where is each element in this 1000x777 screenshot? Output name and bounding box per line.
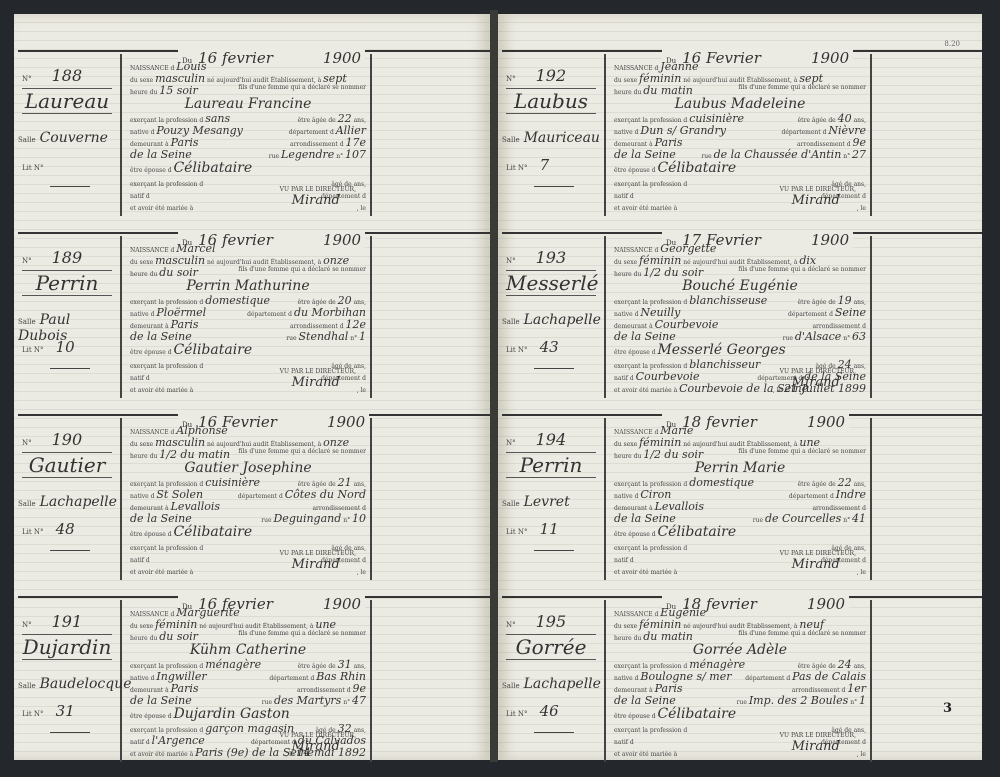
director-signature: VU PAR LE DIRECTEUR,Mirand <box>780 368 856 390</box>
row-mother: Laureau Francine <box>130 96 366 108</box>
row-mother: Gautier Josephine <box>130 460 366 472</box>
row-spouse: être épouse d Dujardin Gaston <box>130 706 366 718</box>
row-spouse: être épouse d Célibataire <box>130 160 366 172</box>
entry-form: NAISSANCE d Georgette du sexe féminin né… <box>610 236 872 398</box>
row-hour: heure du du soirfils d'une femme qui a d… <box>130 630 366 642</box>
entry-index-column: N°188 Laureau SalleCouverne Lit N° <box>14 54 122 216</box>
entry-bed: Lit N°46 <box>506 702 559 720</box>
entry-ward: SalleBaudelocque <box>18 676 132 692</box>
row-hour: heure du 1/2 du soirfils d'une femme qui… <box>614 448 866 460</box>
row-street: de la Seinerue des Martyrs n° 47 <box>130 694 366 706</box>
entry-surname: Dujardin <box>22 634 112 660</box>
entry-bed: Lit N°7 <box>506 156 549 174</box>
register-entry: Du16 Fevrier1900 N°190 Gautier SalleLach… <box>14 398 490 580</box>
divider <box>50 186 90 187</box>
entry-surname: Laubus <box>506 88 596 114</box>
entry-number: N°189 <box>22 248 82 267</box>
row-birth: NAISSANCE d Louis <box>130 60 366 72</box>
row-spouse: être épouse d Célibataire <box>614 706 866 718</box>
row-sex: du sexe féminin né aujourd'hui audit Éta… <box>614 436 866 448</box>
entry-date-line: Du17 Fevrier1900 <box>502 232 982 234</box>
row-street: de la Seinerue Deguingand n° 10 <box>130 512 366 524</box>
entry-index-column: N°195 Gorrée SalleLachapelle Lit N°46 <box>498 600 606 762</box>
entry-surname: Perrin <box>506 452 596 478</box>
row-mother: Kühm Catherine <box>130 642 366 654</box>
row-residence: demeurant à Levalloisarrondissement d <box>614 500 866 512</box>
row-profession: exerçant la profession d domestiqueêtre … <box>130 294 366 306</box>
row-birth: NAISSANCE d Georgette <box>614 242 866 254</box>
row-sex: du sexe masculin né aujourd'hui audit Ét… <box>130 72 366 84</box>
book-gutter <box>490 10 498 762</box>
row-street: de la Seinerue Stendhal n° 1 <box>130 330 366 342</box>
row-native: native d Neuillydépartement d Seine <box>614 306 866 318</box>
row-profession: exerçant la profession d domestiqueêtre … <box>614 476 866 488</box>
row-mother: Perrin Mathurine <box>130 278 366 290</box>
director-signature: VU PAR LE DIRECTEUR,Mirand <box>280 550 356 572</box>
divider <box>50 368 90 369</box>
row-hour: heure du du soirfils d'une femme qui a d… <box>130 266 366 278</box>
row-native: native d Ploërmeldépartement d du Morbih… <box>130 306 366 318</box>
row-street: de la Seinerue de la Chaussée d'Antin n°… <box>614 148 866 160</box>
row-hour: heure du 1/2 du matinfils d'une femme qu… <box>130 448 366 460</box>
row-profession: exerçant la profession d cuisinièreêtre … <box>130 476 366 488</box>
row-birth: NAISSANCE d Alphonse <box>130 424 366 436</box>
row-mother: Gorrée Adèle <box>614 642 866 654</box>
entry-date-line: Du16 Fevrier1900 <box>18 414 490 416</box>
entry-number: N°195 <box>506 612 566 631</box>
row-hour: heure du 1/2 du soirfils d'une femme qui… <box>614 266 866 278</box>
entry-ward: SalleLachapelle <box>502 676 601 692</box>
row-spouse: être épouse d Messerlé Georges <box>614 342 866 354</box>
row-native: native d Boulogne s/ merdépartement d Pa… <box>614 670 866 682</box>
entry-index-column: N°192 Laubus SalleMauriceau Lit N°7 <box>498 54 606 216</box>
entry-index-column: N°194 Perrin SalleLevret Lit N°11 <box>498 418 606 580</box>
row-mother: Perrin Marie <box>614 460 866 472</box>
row-residence: demeurant à Parisarrondissement d 1er <box>614 682 866 694</box>
entry-ward: SalleCouverne <box>18 130 108 146</box>
row-birth: NAISSANCE d Marie <box>614 424 866 436</box>
entry-bed: Lit N°31 <box>22 702 75 720</box>
entry-number: N°192 <box>506 66 566 85</box>
divider <box>534 368 574 369</box>
director-signature: VU PAR LE DIRECTEUR,Mirand <box>280 186 356 208</box>
entry-index-column: N°191 Dujardin SalleBaudelocque Lit N°31 <box>14 600 122 762</box>
register-entry: Du18 fevrier1900 N°195 Gorrée SalleLacha… <box>498 580 982 762</box>
row-residence: demeurant à Courbevoiearrondissement d <box>614 318 866 330</box>
row-spouse: être épouse d Célibataire <box>130 342 366 354</box>
director-signature: VU PAR LE DIRECTEUR,Mirand <box>280 368 356 390</box>
row-residence: demeurant à Parisarrondissement d 9e <box>614 136 866 148</box>
row-spouse: être épouse d Célibataire <box>130 524 366 536</box>
register-entry: Du18 fevrier1900 N°194 Perrin SalleLevre… <box>498 398 982 580</box>
row-sex: du sexe masculin né aujourd'hui audit Ét… <box>130 254 366 266</box>
entry-surname: Gorrée <box>506 634 596 660</box>
entry-date-line: Du18 fevrier1900 <box>502 414 982 416</box>
entry-number: N°191 <box>22 612 82 631</box>
row-native: native d Pouzy Mesangydépartement d Alli… <box>130 124 366 136</box>
row-hour: heure du du matinfils d'une femme qui a … <box>614 630 866 642</box>
entry-surname: Perrin <box>22 270 112 296</box>
row-native: native d Dun s/ Grandrydépartement d Niè… <box>614 124 866 136</box>
row-residence: demeurant à Parisarrondissement d 12e <box>130 318 366 330</box>
row-spouse: être épouse d Célibataire <box>614 524 866 536</box>
register-entry: Du16 fevrier1900 N°191 Dujardin SalleBau… <box>14 580 490 762</box>
divider <box>50 732 90 733</box>
register-entry: Du17 Fevrier1900 N°193 Messerlé SalleLac… <box>498 216 982 398</box>
entry-number: N°193 <box>506 248 566 267</box>
entry-number: N°194 <box>506 430 566 449</box>
entry-form: NAISSANCE d Eugénie du sexe féminin né a… <box>610 600 872 762</box>
entry-date-line: Du16 fevrier1900 <box>18 232 490 234</box>
entry-ward: SalleLevret <box>502 494 570 510</box>
row-profession: exerçant la profession d blanchisseuseêt… <box>614 294 866 306</box>
row-profession: exerçant la profession d sansêtre âgée d… <box>130 112 366 124</box>
entry-form: NAISSANCE d Jeanne du sexe féminin né au… <box>610 54 872 216</box>
entry-form: NAISSANCE d Louis du sexe masculin né au… <box>126 54 372 216</box>
entry-form: NAISSANCE d Marguerite du sexe féminin n… <box>126 600 372 762</box>
entry-number: N°190 <box>22 430 82 449</box>
entry-date-line: Du16 fevrier1900 <box>18 596 490 598</box>
row-street: de la Seinerue Legendre n° 107 <box>130 148 366 160</box>
row-profession: exerçant la profession d cuisinièreêtre … <box>614 112 866 124</box>
entry-bed: Lit N°43 <box>506 338 559 356</box>
entry-bed: Lit N° <box>22 156 56 174</box>
row-street: de la Seinerue Imp. des 2 Boules n° 1 <box>614 694 866 706</box>
entry-number: N°188 <box>22 66 82 85</box>
row-residence: demeurant à Levalloisarrondissement d <box>130 500 366 512</box>
row-spouse: être épouse d Célibataire <box>614 160 866 172</box>
row-native: native d St Solendépartement d Côtes du … <box>130 488 366 500</box>
row-sex: du sexe féminin né aujourd'hui audit Éta… <box>614 618 866 630</box>
row-profession: exerçant la profession d ménagèreêtre âg… <box>130 658 366 670</box>
row-sex: du sexe masculin né aujourd'hui audit Ét… <box>130 436 366 448</box>
director-signature: VU PAR LE DIRECTEUR,Mirand <box>780 186 856 208</box>
row-birth: NAISSANCE d Eugénie <box>614 606 866 618</box>
row-mother: Bouché Eugénie <box>614 278 866 290</box>
entry-form: NAISSANCE d Alphonse du sexe masculin né… <box>126 418 372 580</box>
entry-index-column: N°193 Messerlé SalleLachapelle Lit N°43 <box>498 236 606 398</box>
entry-date-line: Du16 fevrier1900 <box>18 50 490 52</box>
register-entry: Du16 fevrier1900 N°189 Perrin SallePaul … <box>14 216 490 398</box>
row-hour: heure du 15 soirfils d'une femme qui a d… <box>130 84 366 96</box>
row-sex: du sexe féminin né aujourd'hui audit Éta… <box>614 72 866 84</box>
row-profession: exerçant la profession d ménagèreêtre âg… <box>614 658 866 670</box>
row-residence: demeurant à Parisarrondissement d 9e <box>130 682 366 694</box>
director-signature: VU PAR LE DIRECTEUR,Mirand <box>280 732 356 754</box>
entry-form: NAISSANCE d Marcel du sexe masculin né a… <box>126 236 372 398</box>
divider <box>534 186 574 187</box>
entry-form: NAISSANCE d Marie du sexe féminin né auj… <box>610 418 872 580</box>
entry-ward: SalleMauriceau <box>502 130 600 146</box>
row-sex: du sexe féminin né aujourd'hui audit Éta… <box>614 254 866 266</box>
entry-surname: Gautier <box>22 452 112 478</box>
entry-index-column: N°189 Perrin SallePaul Dubois Lit N°10 <box>14 236 122 398</box>
entry-ward: SalleLachapelle <box>18 494 117 510</box>
row-hour: heure du du matinfils d'une femme qui a … <box>614 84 866 96</box>
row-birth: NAISSANCE d Jeanne <box>614 60 866 72</box>
director-signature: VU PAR LE DIRECTEUR,Mirand <box>780 550 856 572</box>
right-page: 8.20 3 Du16 Fevrier1900 N°192 Laubus Sal… <box>498 14 982 760</box>
entry-ward: SalleLachapelle <box>502 312 601 328</box>
divider <box>534 550 574 551</box>
row-native: native d Ingwillerdépartement d Bas Rhin <box>130 670 366 682</box>
row-birth: NAISSANCE d Marcel <box>130 242 366 254</box>
entry-bed: Lit N°48 <box>22 520 75 538</box>
register-entry: Du16 fevrier1900 N°188 Laureau SalleCouv… <box>14 34 490 216</box>
divider <box>50 550 90 551</box>
divider <box>534 732 574 733</box>
row-native: native d Cirondépartement d Indre <box>614 488 866 500</box>
entry-index-column: N°190 Gautier SalleLachapelle Lit N°48 <box>14 418 122 580</box>
director-signature: VU PAR LE DIRECTEUR,Mirand <box>780 732 856 754</box>
row-birth: NAISSANCE d Marguerite <box>130 606 366 618</box>
entry-surname: Messerlé <box>506 270 596 296</box>
entry-date-line: Du18 fevrier1900 <box>502 596 982 598</box>
entry-surname: Laureau <box>22 88 112 114</box>
row-street: de la Seinerue d'Alsace n° 63 <box>614 330 866 342</box>
row-mother: Laubus Madeleine <box>614 96 866 108</box>
register-entry: Du16 Fevrier1900 N°192 Laubus SalleMauri… <box>498 34 982 216</box>
entry-bed: Lit N°11 <box>506 520 559 538</box>
row-residence: demeurant à Parisarrondissement d 17e <box>130 136 366 148</box>
entry-bed: Lit N°10 <box>22 338 75 356</box>
left-page: Du16 fevrier1900 N°188 Laureau SalleCouv… <box>14 14 490 760</box>
row-sex: du sexe féminin né aujourd'hui audit Éta… <box>130 618 366 630</box>
row-street: de la Seinerue de Courcelles n° 41 <box>614 512 866 524</box>
entry-date-line: Du16 Fevrier1900 <box>502 50 982 52</box>
